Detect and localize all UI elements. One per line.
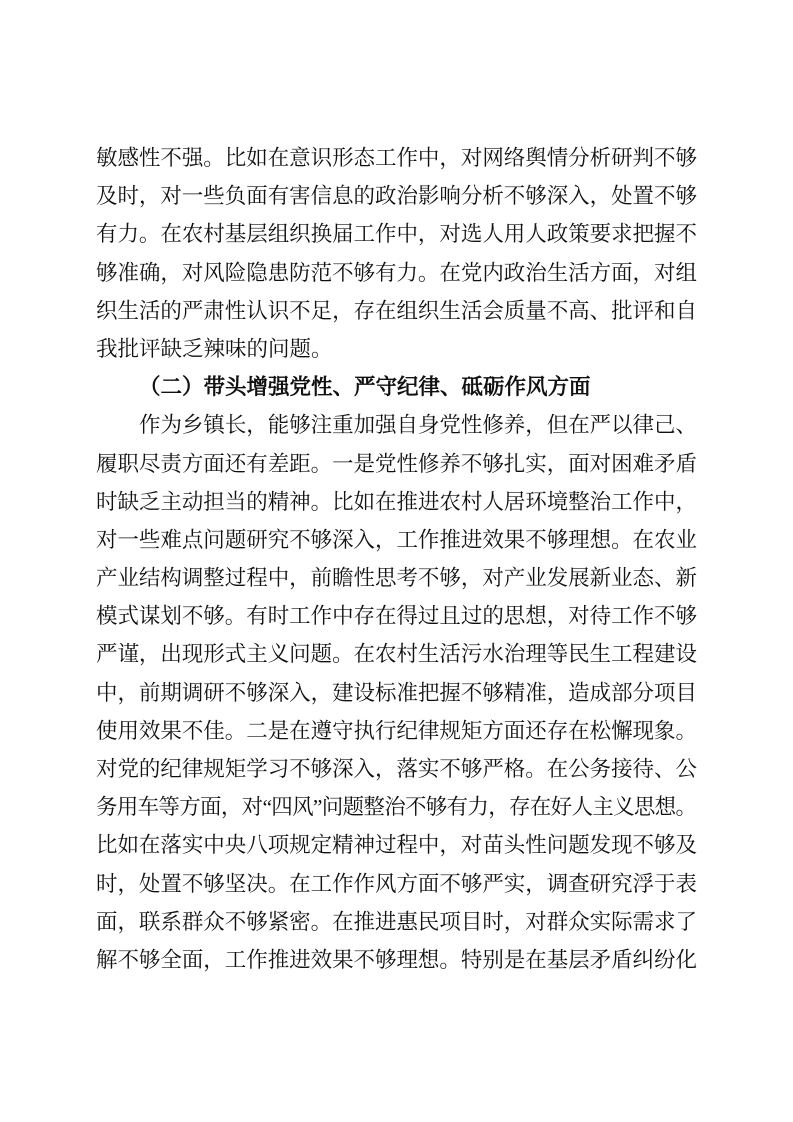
section-heading: （二）带头增强党性、严守纪律、砥砺作风方面 [96,368,697,406]
text-block: 敏感性不强。比如在意识形态工作中，对网络舆情分析研判不够及时，对一些负面有害信息… [96,139,697,979]
text-line: 对党的纪律规矩学习不够深入，落实不够严格。在公务接待、公 [96,750,697,788]
text-line: 中，前期调研不够深入，建设标准把握不够精准，造成部分项目 [96,674,697,712]
text-line: 时，处置不够坚决。在工作作风方面不够严实，调查研究浮于表 [96,865,697,903]
text-line: 产业结构调整过程中，前瞻性思考不够，对产业发展新业态、新 [96,559,697,597]
heading-line: （二）带头增强党性、严守纪律、砥砺作风方面 [96,368,697,406]
document-page: 敏感性不强。比如在意识形态工作中，对网络舆情分析研判不够及时，对一些负面有害信息… [0,0,793,1122]
text-line: 模式谋划不够。有时工作中存在得过且过的思想，对待工作不够 [96,597,697,635]
text-line: 敏感性不强。比如在意识形态工作中，对网络舆情分析研判不够 [96,139,697,177]
text-line: 使用效果不佳。二是在遵守执行纪律规矩方面还存在松懈现象。 [96,712,697,750]
text-line: 作为乡镇长，能够注重加强自身党性修养，但在严以律己、 [96,406,697,444]
text-line: 履职尽责方面还有差距。一是党性修养不够扎实，面对困难矛盾 [96,445,697,483]
paragraph-continued: 敏感性不强。比如在意识形态工作中，对网络舆情分析研判不够及时，对一些负面有害信息… [96,139,697,368]
text-line: 有力。在农村基层组织换届工作中，对选人用人政策要求把握不 [96,215,697,253]
text-line: 面，联系群众不够紧密。在推进惠民项目时，对群众实际需求了 [96,903,697,941]
text-line: 够准确，对风险隐患防范不够有力。在党内政治生活方面，对组 [96,254,697,292]
text-line: 织生活的严肃性认识不足，存在组织生活会质量不高、批评和自 [96,292,697,330]
paragraph-body: 作为乡镇长，能够注重加强自身党性修养，但在严以律己、履职尽责方面还有差距。一是党… [96,406,697,979]
text-line: 务用车等方面，对“四风”问题整治不够有力，存在好人主义思想。 [96,788,697,826]
text-line: 严谨，出现形式主义问题。在农村生活污水治理等民生工程建设 [96,635,697,673]
text-line: 及时，对一些负面有害信息的政治影响分析不够深入，处置不够 [96,177,697,215]
text-line: 时缺乏主动担当的精神。比如在推进农村人居环境整治工作中， [96,483,697,521]
text-line: 解不够全面，工作推进效果不够理想。特别是在基层矛盾纠纷化 [96,941,697,979]
text-line: 对一些难点问题研究不够深入，工作推进效果不够理想。在农业 [96,521,697,559]
text-line: 我批评缺乏辣味的问题。 [96,330,697,368]
text-line: 比如在落实中央八项规定精神过程中，对苗头性问题发现不够及 [96,826,697,864]
